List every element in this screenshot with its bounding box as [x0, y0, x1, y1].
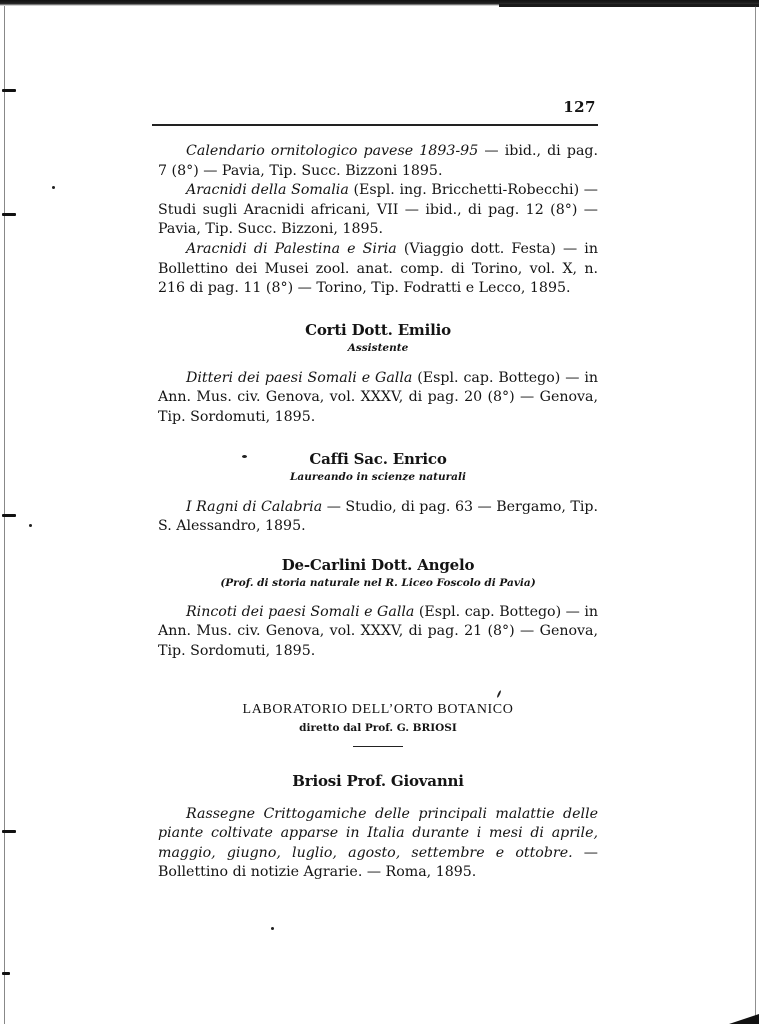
entry-title: Calendario ornitologico pavese 1893-95 — [186, 143, 478, 159]
entry-title: Ditteri dei paesi Somali e Galla — [186, 370, 412, 386]
binding-mark — [2, 213, 16, 216]
entry-title: Rassegne Crittogamiche delle principali … — [158, 806, 598, 861]
bibliography-entry: Calendario ornitologico pavese 1893-95 —… — [158, 142, 598, 181]
scan-top-edge — [0, 0, 759, 6]
section-heading: LABORATORIO DELL’ORTO BOTANICO — [158, 700, 598, 720]
author-name: Briosi Prof. Giovanni — [158, 771, 598, 791]
scan-speck — [29, 524, 32, 527]
binding-mark — [2, 514, 16, 517]
entry-title: Aracnidi della Somalia — [186, 182, 349, 198]
entry-title: Aracnidi di Palestina e Siria — [186, 241, 397, 257]
scan-speck — [52, 186, 55, 189]
bibliography-entry: Aracnidi di Palestina e Siria (Viaggio d… — [158, 240, 598, 299]
binding-mark — [2, 89, 16, 92]
author-name: De-Carlini Dott. Angelo — [158, 555, 598, 575]
author-role: Assistente — [158, 340, 598, 356]
page-content: Calendario ornitologico pavese 1893-95 —… — [158, 142, 598, 883]
binding-mark — [2, 972, 10, 975]
entry-title: I Ragni di Calabria — [186, 499, 322, 515]
bibliography-entry: Rassegne Crittogamiche delle principali … — [158, 805, 598, 883]
scan-right-edge — [755, 6, 756, 1024]
entry-title: Rincoti dei paesi Somali e Galla — [186, 604, 414, 620]
header-rule — [152, 124, 598, 126]
scan-corner-smudge — [729, 1014, 759, 1024]
bibliography-entry: I Ragni di Calabria — Studio, di pag. 63… — [158, 498, 598, 537]
scan-speck — [271, 927, 274, 930]
page-number: 127 — [563, 98, 596, 116]
author-role: (Prof. di storia naturale nel R. Liceo F… — [158, 575, 598, 591]
bibliography-entry: Aracnidi della Somalia (Espl. ing. Bricc… — [158, 181, 598, 240]
author-role: Laureando in scienze naturali — [158, 469, 598, 485]
author-name: Caffi Sac. Enrico — [158, 449, 598, 469]
bibliography-entry: Rincoti dei paesi Somali e Galla (Espl. … — [158, 603, 598, 662]
binding-mark — [2, 830, 16, 833]
bibliography-entry: Ditteri dei paesi Somali e Galla (Espl. … — [158, 369, 598, 428]
section-subheading: diretto dal Prof. G. BRIOSI — [158, 720, 598, 736]
author-name: Corti Dott. Emilio — [158, 320, 598, 340]
